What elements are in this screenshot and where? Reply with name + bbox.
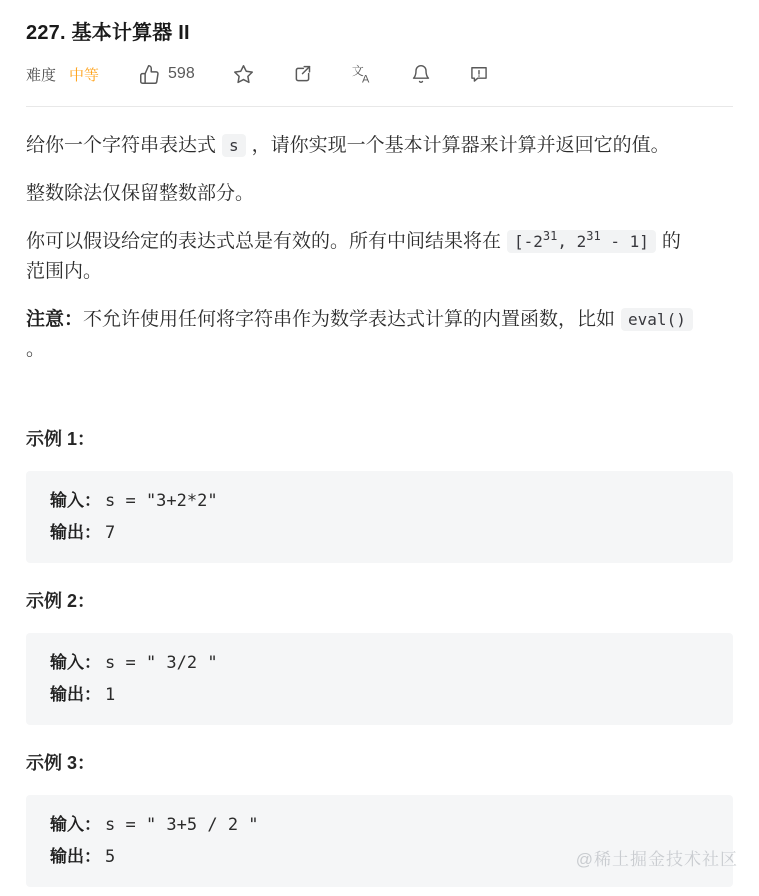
- example-2-output-line: 输出：1: [50, 679, 709, 711]
- favorite-button[interactable]: [233, 64, 254, 85]
- example-1-label: 示例 1：: [26, 427, 733, 452]
- example-1-output-line: 输出：7: [50, 517, 709, 549]
- input-label: 输入：: [50, 647, 101, 678]
- problem-meta-row: 难度 中等 598: [26, 62, 733, 86]
- description-note-paragraph: 注意：不允许使用任何将字符串作为数学表达式计算的内置函数，比如eval()。: [26, 305, 733, 365]
- like-count: 598: [168, 65, 195, 83]
- notification-button[interactable]: [411, 64, 431, 84]
- s-inline-code: s: [222, 134, 246, 157]
- output-value: 1: [105, 680, 115, 711]
- input-value: s = " 3+5 / 2 ": [105, 810, 259, 841]
- description-paragraph-3: 你可以假设给定的表达式总是有效的。所有中间结果将在[-231, 231 - 1]…: [26, 227, 733, 287]
- output-value: 7: [105, 518, 115, 549]
- page-title: 227. 基本计算器 II: [26, 20, 733, 46]
- problem-page: 227. 基本计算器 II 难度 中等 598: [0, 0, 759, 896]
- juejin-watermark: @稀土掘金技术社区: [576, 845, 738, 870]
- input-label: 输入：: [50, 485, 101, 516]
- description-paragraph-2: 整数除法仅保留整数部分。: [26, 179, 733, 209]
- exponent-superscript: 31: [586, 229, 600, 243]
- translate-icon: 文 A: [351, 63, 373, 85]
- description-paragraph-1: 给你一个字符串表达式s，请你实现一个基本计算器来计算并返回它的值。: [26, 131, 733, 161]
- difficulty-badge: 中等: [69, 64, 99, 85]
- example-2-box: 输入：s = " 3/2 " 输出：1: [26, 633, 733, 725]
- output-value: 5: [105, 842, 115, 873]
- share-icon: [292, 64, 313, 85]
- translate-button[interactable]: 文 A: [351, 63, 373, 85]
- exponent-superscript: 31: [543, 229, 557, 243]
- example-3-box: 输入：s = " 3+5 / 2 " 输出：5: [26, 795, 733, 887]
- example-2-input-line: 输入：s = " 3/2 ": [50, 647, 709, 679]
- example-1-box: 输入：s = "3+2*2" 输出：7: [26, 471, 733, 563]
- note-label: 注意：: [26, 309, 83, 330]
- example-2-label: 示例 2：: [26, 589, 733, 614]
- example-1-input-line: 输入：s = "3+2*2": [50, 485, 709, 517]
- like-button[interactable]: 598: [139, 64, 195, 85]
- range-inline-code: [-231, 231 - 1]: [507, 230, 656, 253]
- star-icon: [233, 64, 254, 85]
- example-3-label: 示例 3：: [26, 751, 733, 776]
- output-label: 输出：: [50, 517, 101, 548]
- feedback-icon: [469, 64, 489, 84]
- output-label: 输出：: [50, 679, 101, 710]
- thumbs-up-icon: [139, 64, 160, 85]
- difficulty-label: 难度: [26, 64, 56, 85]
- header-divider: [26, 106, 733, 107]
- svg-text:A: A: [362, 73, 370, 85]
- input-value: s = " 3/2 ": [105, 648, 218, 679]
- output-label: 输出：: [50, 841, 101, 872]
- input-value: s = "3+2*2": [105, 486, 218, 517]
- problem-description: 给你一个字符串表达式s，请你实现一个基本计算器来计算并返回它的值。 整数除法仅保…: [26, 131, 733, 365]
- eval-inline-code: eval(): [621, 308, 693, 331]
- example-3-input-line: 输入：s = " 3+5 / 2 ": [50, 809, 709, 841]
- feedback-button[interactable]: [469, 64, 489, 84]
- input-label: 输入：: [50, 809, 101, 840]
- share-button[interactable]: [292, 64, 313, 85]
- bell-icon: [411, 64, 431, 84]
